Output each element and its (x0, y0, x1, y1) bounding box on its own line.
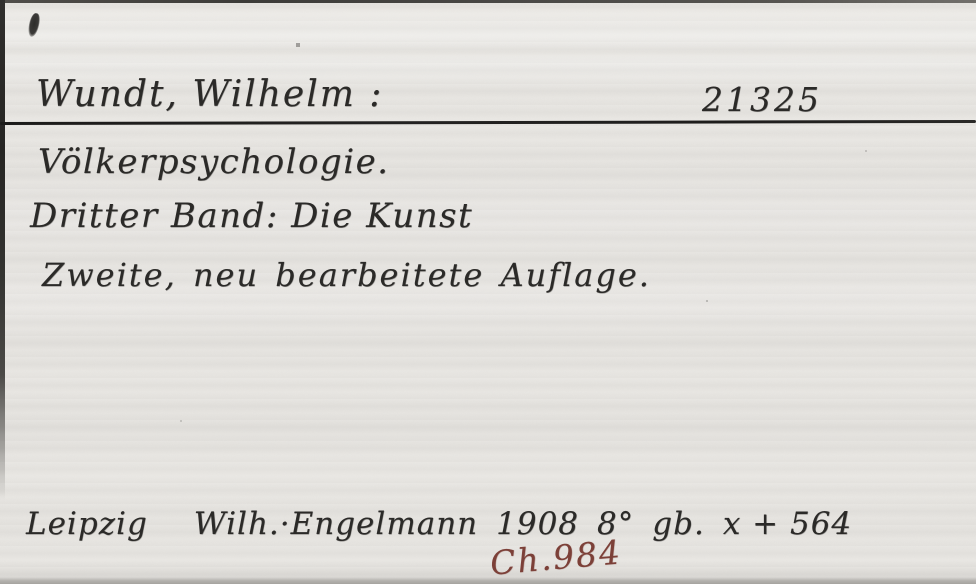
imprint-binding: gb. (652, 506, 705, 542)
heading-rule (0, 120, 976, 125)
author-heading: Wundt, Wilhelm : (36, 74, 383, 115)
imprint-line: Leipzig Wilh.·Engelmann 1908 8° gb. x + … (26, 506, 852, 542)
volume-line: Dritter Band: Die Kunst (30, 196, 473, 236)
paper-specks (0, 0, 2, 2)
card-bottom-edge (0, 577, 976, 584)
call-number: 21325 (702, 80, 822, 119)
title-line: Völkerpsychologie. (38, 142, 390, 182)
edition-line: Zweite, neu bearbeitete Auflage. (42, 256, 651, 294)
ink-blot (27, 12, 42, 38)
imprint-collation: x + 564 (723, 506, 852, 542)
card-left-edge (0, 0, 5, 500)
catalog-card: Wundt, Wilhelm : 21325 Völkerpsychologie… (0, 0, 976, 584)
card-top-edge (0, 0, 976, 3)
imprint-publisher: Wilh.·Engelmann (194, 506, 478, 542)
imprint-place: Leipzig (26, 506, 148, 542)
